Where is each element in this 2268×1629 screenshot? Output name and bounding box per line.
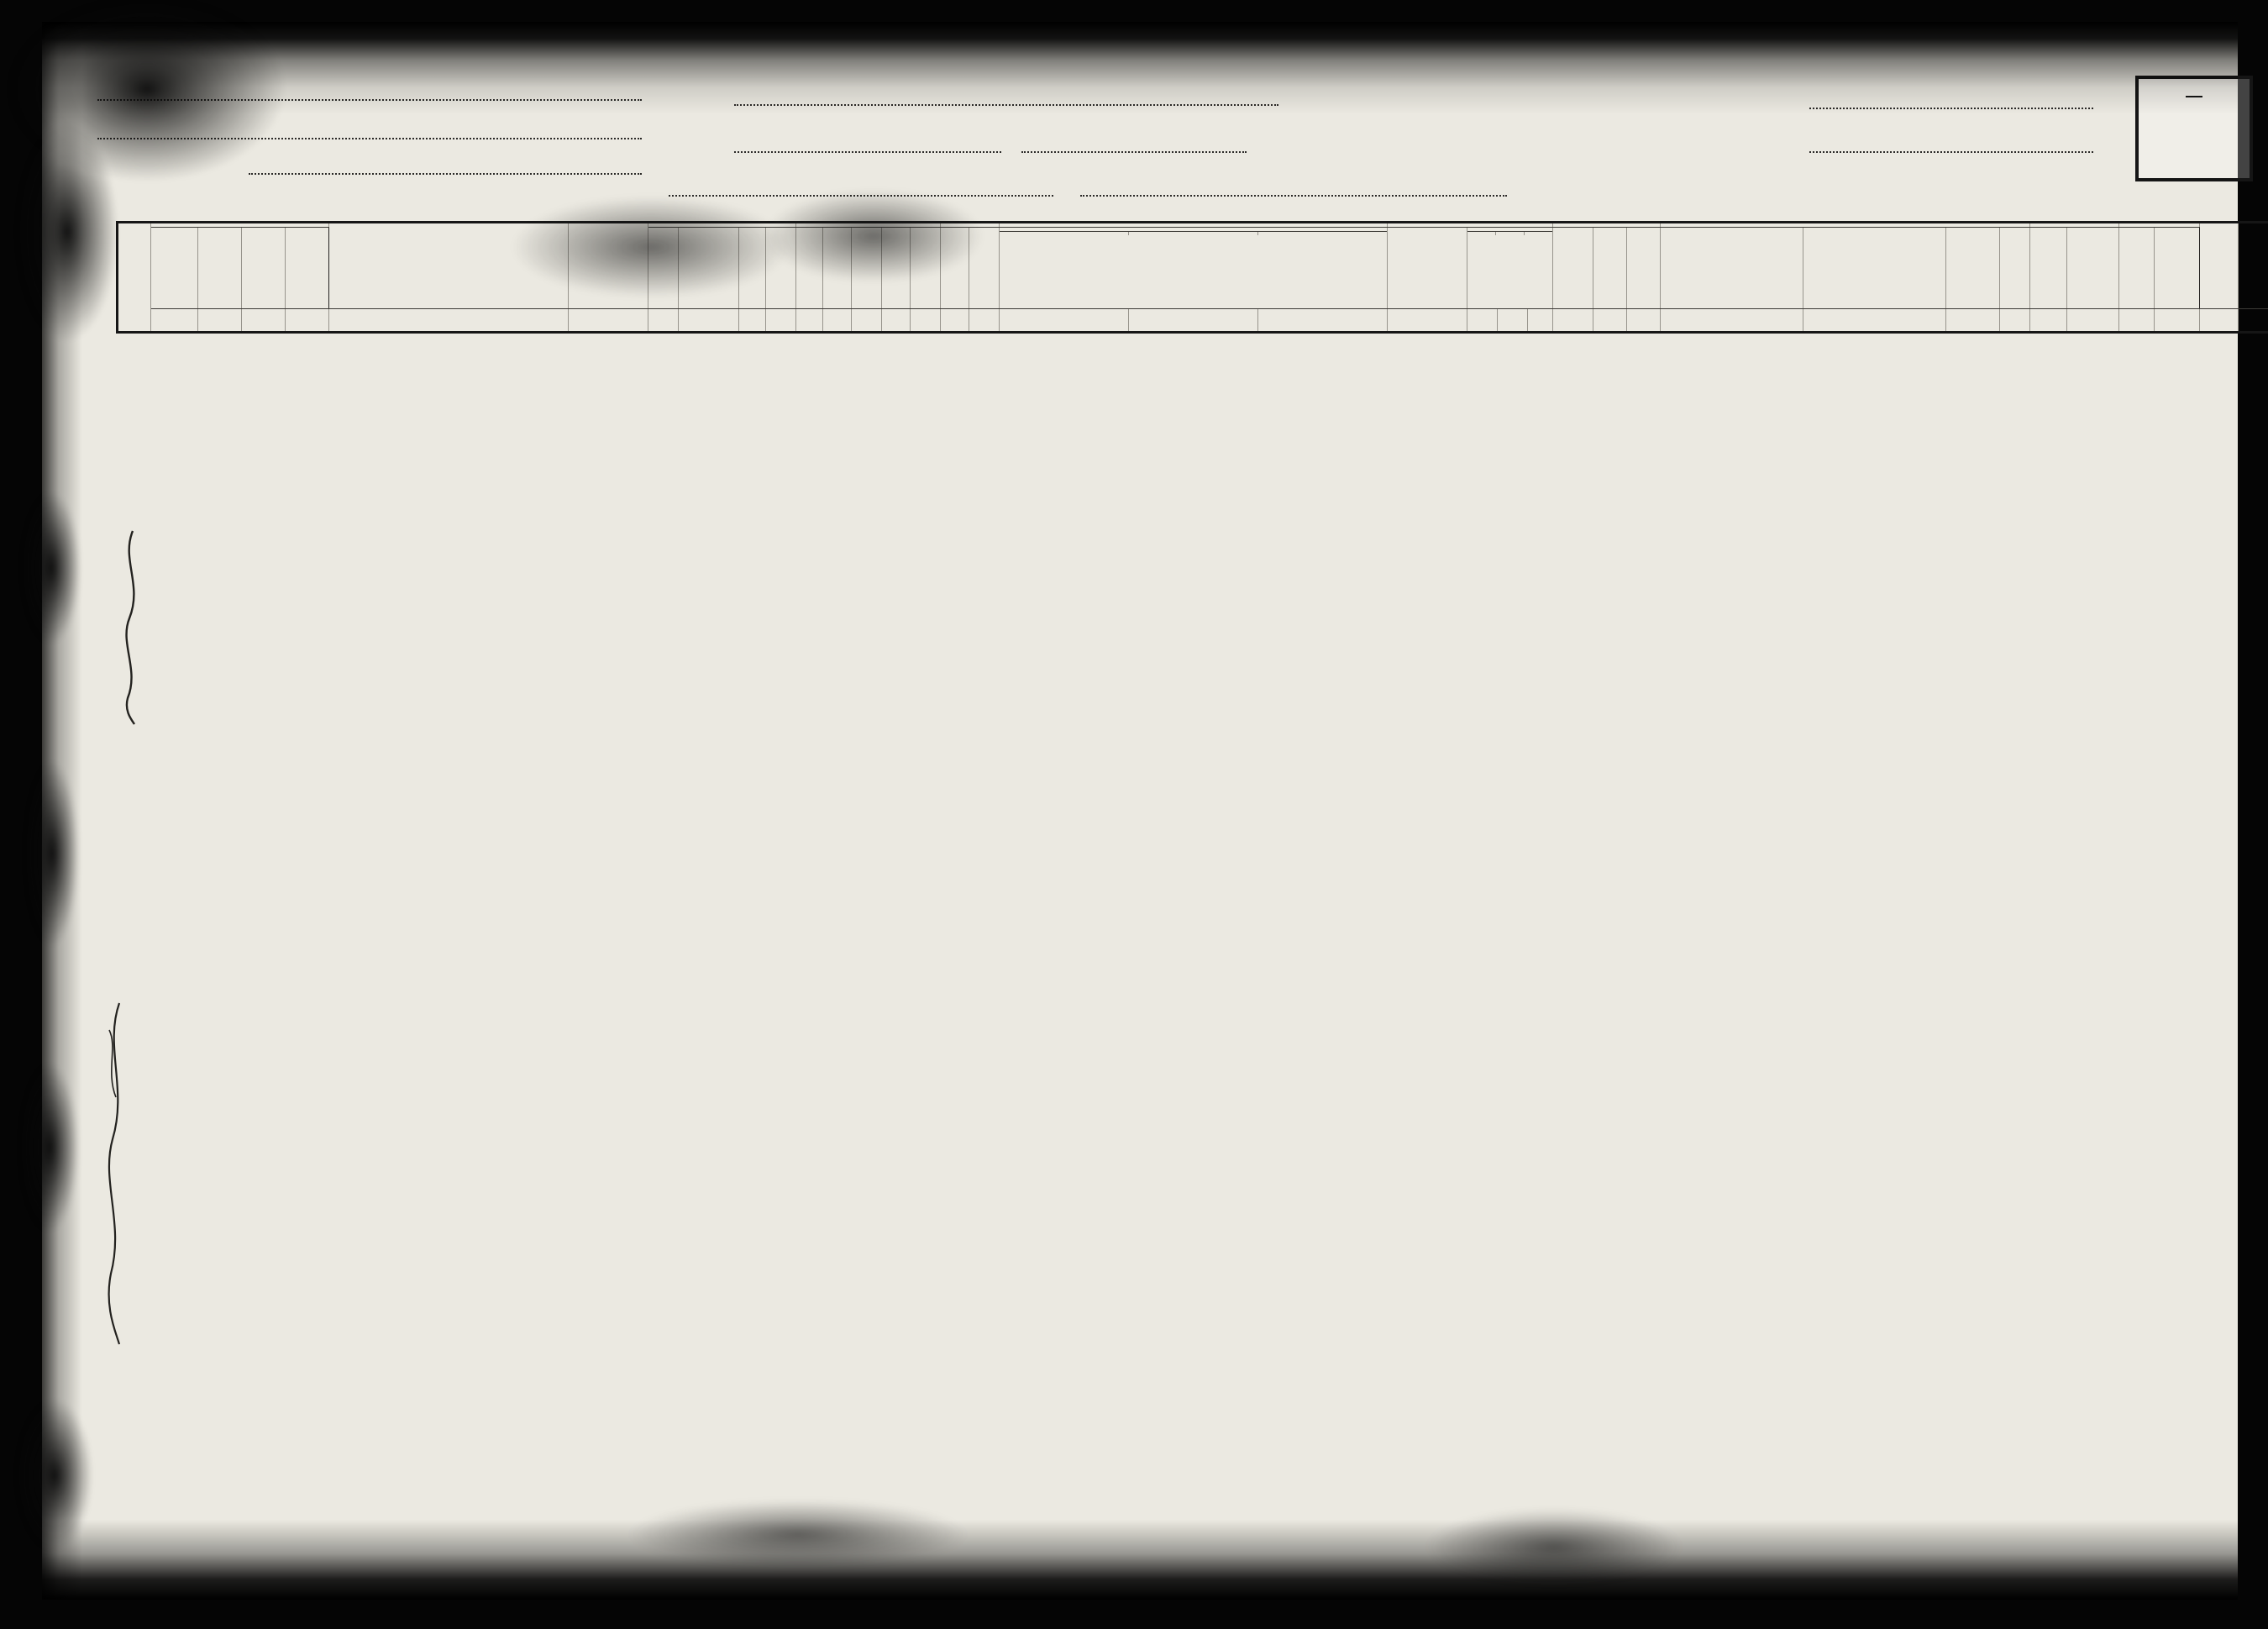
col-header-age	[852, 228, 882, 309]
col-header-immigration-year	[1553, 228, 1593, 309]
state-row	[92, 82, 647, 101]
abbrev-col14	[1117, 1558, 1235, 1611]
county-row	[92, 121, 647, 139]
census-sheet	[42, 22, 2238, 1600]
abbrev-col31	[1598, 1558, 1791, 1611]
township-line	[249, 156, 642, 175]
birth-person-header	[1000, 232, 1128, 235]
sd-row	[1804, 134, 2098, 153]
industry-sub	[1803, 229, 1945, 233]
scan-artifact	[25, 761, 79, 946]
col-header-street	[151, 228, 198, 309]
abbrev-col27	[1401, 1558, 1586, 1611]
institution-line	[1080, 178, 1507, 197]
abbrev-col12	[858, 1558, 984, 1611]
col-header-war-expedition	[2155, 228, 2200, 309]
entries-title	[1803, 1558, 1971, 1611]
col-header-age-first-marriage	[911, 228, 941, 309]
group-name	[329, 223, 569, 309]
col-header-radio-set	[739, 228, 766, 309]
scan-artifact	[20, 1064, 79, 1232]
col-header-class-of-worker	[2000, 228, 2030, 309]
scan-artifact	[42, 22, 92, 1600]
group-relation	[569, 223, 648, 309]
ed-line	[1809, 91, 2093, 109]
col-header-family-number	[286, 228, 329, 309]
line-number-header	[118, 223, 151, 333]
sheet-number-box	[2135, 76, 2253, 181]
language-header	[1388, 228, 1467, 309]
county-line	[97, 121, 642, 139]
tongue-code-cell	[1467, 228, 1553, 309]
code-country-header	[1495, 232, 1524, 235]
abbrev-col12b	[996, 1558, 1105, 1611]
col-header-house-number	[198, 228, 242, 309]
ward-line	[734, 134, 1001, 153]
column-number-row	[118, 309, 2268, 333]
state-line	[97, 82, 642, 101]
farm-schedule-header	[2200, 223, 2239, 309]
abbrev-col23	[1247, 1558, 1389, 1611]
abbrev-col9	[704, 1558, 847, 1611]
census-table	[116, 221, 2268, 334]
sheet-value	[2186, 96, 2202, 97]
occupation-sub	[1661, 229, 1803, 233]
col-header-read-write	[969, 228, 1000, 309]
col-header-speak-english	[1627, 228, 1661, 309]
col-header-farm	[766, 228, 796, 309]
abbrev-col6	[449, 1558, 692, 1611]
scan-artifact	[17, 1400, 92, 1551]
col-header-dwelling-number	[242, 228, 286, 309]
occupation-header-cell	[1661, 228, 1803, 309]
col-header-color-race	[823, 228, 852, 309]
birth-father-header	[1128, 232, 1257, 235]
col-header-marital	[882, 228, 911, 309]
code-state-header	[1467, 232, 1495, 235]
birth-sub-headers	[1000, 231, 1387, 235]
margin-scribble	[114, 526, 148, 728]
block-row	[1016, 134, 1252, 153]
col-header-employed-yesno	[2030, 228, 2067, 309]
col-header-sex	[796, 228, 823, 309]
unincorporated-row	[664, 178, 1058, 197]
table-header	[118, 223, 2268, 333]
unincorporated-line	[669, 178, 1053, 197]
incorporated-row	[729, 87, 1284, 106]
employment-sub	[2030, 223, 2118, 227]
ed-row	[1804, 91, 2098, 109]
scan-artifact	[17, 123, 118, 341]
entries-col-a	[1982, 1558, 2260, 1611]
col-header-home-owned	[648, 228, 679, 309]
scan-artifact	[42, 22, 2238, 131]
col-header-school	[941, 228, 969, 309]
abbrev-title-block	[143, 1558, 437, 1611]
census-scan-page: { "form": { "form_no": "Form 15-6", "dep…	[0, 0, 2268, 1629]
birth-note-cell	[1000, 228, 1388, 309]
institution-row	[1075, 178, 1512, 197]
ward-row	[729, 134, 1006, 153]
footer-notes	[143, 1558, 2260, 1611]
incorporated-line	[734, 87, 1278, 106]
birth-mother-header	[1257, 232, 1387, 235]
col-header-unemployment-line	[2067, 228, 2119, 309]
occupation-code-cell	[1946, 228, 2000, 309]
col-header-home-value	[679, 228, 739, 309]
code-nativity-header	[1524, 232, 1552, 235]
veterans-sub	[2119, 223, 2199, 227]
form-title-block	[1092, 71, 1730, 75]
col-header-naturalization	[1593, 228, 1627, 309]
sd-line	[1809, 134, 2093, 153]
margin-scribble	[94, 996, 136, 1349]
block-line	[1021, 134, 1247, 153]
col-header-veteran-yesno	[2119, 228, 2155, 309]
scan-artifact	[22, 492, 81, 644]
industry-header-cell	[1803, 228, 1946, 309]
